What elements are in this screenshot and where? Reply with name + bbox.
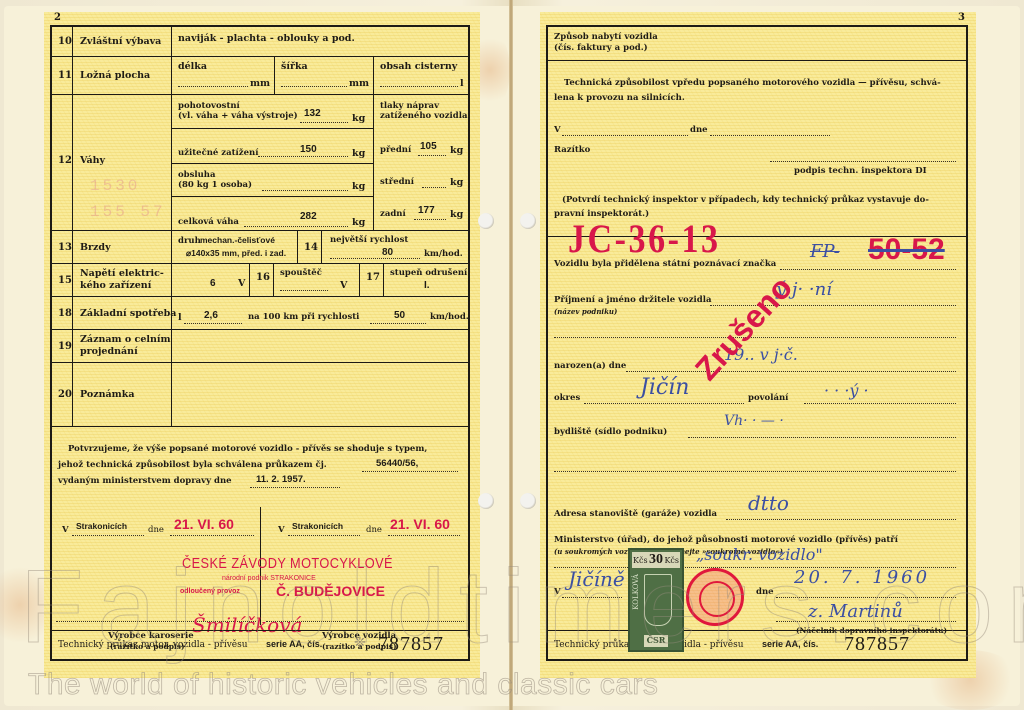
max-speed-value: 80: [382, 247, 393, 258]
weight-total: celková váha 282 kg: [172, 197, 374, 231]
row-18: 18 Základní spotřeba l 2,6 na 100 km při…: [52, 297, 468, 330]
interference-value: I.: [424, 280, 430, 291]
unit-mm: mm: [349, 78, 369, 89]
occupation-label: povolání: [748, 393, 788, 403]
approval-date: 11. 2. 1957.: [256, 474, 306, 485]
cancelled-stamp: Zrušeno: [688, 269, 800, 388]
registration-block: JC-36-13 Vozidlu byla přidělena státní p…: [548, 237, 966, 487]
row-label: Záznam o celním: [80, 334, 171, 346]
watermark-overlay: Fajnoldtimers.com: [20, 548, 1024, 667]
consumption-value: 2,6: [204, 310, 218, 321]
weight-label: pohotovostní: [178, 101, 240, 111]
holder-label: Příjmení a jméno držitele vozidla: [554, 295, 711, 305]
punch-hole: [478, 493, 494, 509]
residence-value: Vh· · — ·: [724, 413, 784, 429]
row-number: 16: [256, 272, 270, 283]
row-label: kého zařízení: [80, 280, 151, 292]
date-label: dne: [366, 525, 382, 535]
unit-kg: kg: [450, 209, 463, 220]
unit-l: l: [178, 312, 182, 323]
tank-capacity-label: obsah cisterny: [380, 61, 457, 73]
row-number: 12: [58, 155, 72, 166]
punch-hole: [520, 493, 536, 509]
axle-label: střední: [380, 177, 414, 187]
weight-crew: obsluha (80 kg 1 osoba) kg: [172, 164, 374, 197]
place-label: V: [62, 525, 69, 535]
stamp-label: Razítko: [554, 145, 590, 155]
confirmation-text: Potvrzujeme, že výše popsané motorové vo…: [68, 444, 427, 454]
voltage-value: 6: [210, 278, 216, 289]
weight-ready: pohotovostní (vl. váha + váha výstroje) …: [172, 95, 374, 129]
ghost-stamp: 155 57: [90, 203, 166, 221]
page-number-left: 2: [54, 12, 61, 23]
confirmation-block: Potvrzujeme, že výše popsané motorové vo…: [52, 427, 468, 507]
unit-kg: kg: [450, 145, 463, 156]
weight-value: 150: [300, 144, 317, 155]
unit-mm: mm: [250, 78, 270, 89]
weight-label: obsluha: [178, 170, 216, 180]
axle-header: tlaky náprav zatíženého vozidla: [380, 101, 468, 121]
axle-value: 105: [420, 141, 437, 152]
date-label: dne: [690, 125, 708, 135]
confirmation-text: vydaným ministerstvem dopravy dne: [58, 476, 232, 486]
approval-block: Technická způsobilost vpředu popsaného m…: [548, 61, 966, 237]
place-label: V: [554, 125, 561, 135]
row-label: Brzdy: [80, 242, 111, 254]
row-20: 20 Poznámka: [52, 363, 468, 427]
born-label: narozen(a) dne: [554, 361, 626, 371]
weight-sublabel: (80 kg 1 osoba): [178, 180, 252, 190]
row-number: 14: [304, 242, 318, 253]
unit-kg: kg: [352, 148, 365, 159]
max-speed-label: největší rychlost: [330, 235, 408, 245]
row-label: Napětí elektric-: [80, 268, 164, 280]
garage-value: dtto: [748, 491, 789, 515]
unit-v: V: [238, 278, 245, 289]
row-number: 20: [58, 389, 72, 400]
ministry-label: Ministerstvo (úřad), do jehož působnosti…: [554, 535, 898, 545]
punch-hole: [478, 213, 494, 229]
unit-kmh: km/hod.: [424, 249, 463, 259]
watermark-caption: The world of historic vehicles and class…: [28, 668, 658, 702]
consumption-text: na 100 km při rychlosti: [248, 312, 359, 322]
approval-text: lena k provozu na silnicích.: [554, 93, 685, 103]
weight-label: celková váha: [178, 217, 239, 227]
row-number: 19: [58, 341, 72, 352]
weight-label: užitečné zatížení: [178, 148, 258, 158]
ghost-stamp: 1530: [90, 177, 140, 195]
row-label: Zvláštní výbava: [80, 36, 161, 48]
axle-label: přední: [380, 145, 411, 155]
row-15-16-17: 15 Napětí elektric- kého zařízení 6 V 16…: [52, 264, 468, 297]
row-number: 18: [58, 308, 72, 319]
place-value: Strakonicích: [76, 521, 127, 531]
weight-sublabel: (vl. váha + váha výstroje): [178, 111, 298, 121]
document-spread: 2 3 10 Zvláštní výbava naviják - plachta…: [0, 0, 1024, 710]
brake-size-value: ⌀140x35 mm, před. i zad.: [186, 248, 286, 259]
weight-value: 132: [304, 108, 321, 119]
axle-label: zadní: [380, 209, 406, 219]
row-11: 11 Ložná plocha délka mm šířka mm obsah …: [52, 57, 468, 95]
confirmation-text: jehož technická způsobilost byla schvále…: [58, 460, 327, 470]
row-19: 19 Záznam o celním projednání: [52, 330, 468, 363]
row-number: 17: [366, 272, 380, 283]
weight-value: 282: [300, 211, 317, 222]
unit-v: V: [340, 280, 347, 291]
row-label: projednání: [80, 346, 138, 358]
place-label: V: [278, 525, 285, 535]
row-label: Váhy: [80, 155, 105, 167]
brake-type-label: druh: [178, 236, 201, 246]
width-label: šířka: [281, 61, 308, 73]
inspector-signature-caption: podpis techn. inspektora DI: [794, 166, 927, 176]
residence-label: bydliště (sídlo podniku): [554, 427, 667, 437]
old-plate-number: 50-52: [868, 233, 945, 267]
new-plate-stamp: JC-36-13: [568, 215, 721, 262]
unit-kg: kg: [352, 217, 365, 228]
row-number: 10: [58, 36, 72, 47]
page-number-right: 3: [958, 12, 965, 23]
length-label: délka: [178, 61, 207, 73]
date-label: dne: [148, 525, 164, 535]
acquisition-row: Způsob nabytí vozidla (čís. faktury a po…: [548, 27, 966, 61]
occupation-value: · · ·ý ·: [824, 381, 869, 400]
weight-payload: užitečné zatížení 150 kg: [172, 129, 374, 164]
row-label: Základní spotřeba: [80, 308, 176, 320]
date-stamp: 21. VI. 60: [390, 516, 450, 532]
row-13-14: 13 Brzdy druh mechan.-čelisťové ⌀140x35 …: [52, 231, 468, 264]
garage-label: Adresa stanoviště (garáže) vozidla: [554, 509, 717, 519]
consumption-speed: 50: [394, 310, 405, 321]
approval-note: (Potvrdí technický inspektor v případech…: [562, 195, 929, 205]
acquisition-sublabel: (čís. faktury a pod.): [554, 43, 648, 53]
brake-type-value: mechan.-čelisťové: [200, 235, 275, 245]
punch-hole: [520, 213, 536, 229]
unit-kmh: km/hod.: [430, 312, 469, 322]
approval-number: 56440/56,: [376, 458, 418, 469]
row-label: Poznámka: [80, 389, 134, 401]
plate-label: Vozidlu byla přidělena státní poznávací …: [554, 259, 776, 269]
district-label: okres: [554, 393, 580, 403]
unit-kg: kg: [352, 181, 365, 192]
approval-text: Technická způsobilost vpředu popsaného m…: [564, 78, 941, 88]
date-stamp: 21. VI. 60: [174, 516, 234, 532]
row-12: 12 Váhy 1530 155 57 pohotovostní (vl. vá…: [52, 95, 468, 231]
acquisition-label: Způsob nabytí vozidla: [554, 32, 658, 42]
row-number: 13: [58, 242, 72, 253]
interference-label: stupeň odrušení: [390, 268, 467, 278]
row-number: 15: [58, 275, 72, 286]
axle-value: 177: [418, 205, 435, 216]
row-number: 11: [58, 70, 72, 81]
place-value: Strakonicích: [292, 521, 343, 531]
unit-l: l: [460, 78, 464, 89]
unit-kg: kg: [450, 177, 463, 188]
district-value: Jičín: [640, 375, 689, 400]
row-label: Ložná plocha: [80, 70, 150, 82]
row-10: 10 Zvláštní výbava naviják - plachta - o…: [52, 27, 468, 57]
starter-label: spouštěč: [280, 268, 322, 278]
special-equipment-value: naviják - plachta - oblouky a pod.: [178, 33, 355, 45]
unit-kg: kg: [352, 113, 365, 124]
old-plate-crossed: FP-: [810, 241, 840, 262]
holder-sublabel: (název podniku): [554, 306, 617, 318]
